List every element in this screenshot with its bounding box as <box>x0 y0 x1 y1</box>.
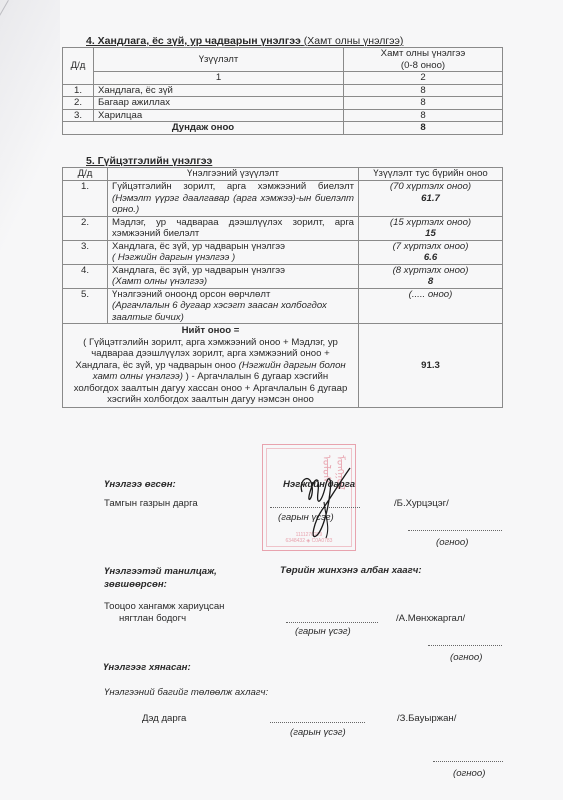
row-num: 2. <box>63 216 108 240</box>
acknowledged-date-label: (огноо) <box>450 652 482 663</box>
reviewed-date-label: (огноо) <box>453 768 485 779</box>
handwritten-signature <box>296 462 356 542</box>
row-criteria-note: (Аргачлалын 6 дугаар хэсэгт заасан холбо… <box>112 300 354 323</box>
row-criteria: Харилцаа <box>94 109 344 122</box>
row-score-cell: (..... оноо) <box>359 288 503 324</box>
section4-title-text: 4. Хандлага, ёс зүй, ур чадварын үнэлгээ <box>86 35 301 47</box>
average-score: 8 <box>344 122 503 135</box>
row-max-score: (70 хүртэлх оноо) <box>363 181 498 193</box>
row-criteria: Мэдлэг, ур чадвараа дээшлүүлэх зорилт, а… <box>108 216 359 240</box>
total-formula-cell: Нийт оноо = ( Гүйцэтгэлийн зорилт, арга … <box>63 324 359 408</box>
row-num: 2. <box>63 97 94 110</box>
row-score: 6.6 <box>363 252 498 264</box>
row-criteria: Хандлага, ёс зүй <box>94 84 344 97</box>
average-label: Дундаж оноо <box>63 122 344 135</box>
given-name: /Б.Хурцэцэг/ <box>394 498 449 509</box>
acknowledged-date-line <box>428 645 502 646</box>
row-num: 1. <box>63 181 108 217</box>
row-num: 3. <box>63 109 94 122</box>
table-row: 1. Гүйцэтгэлийн зорилт, арга хэмжээний б… <box>63 181 503 217</box>
col-header-score-title: Хамт олны үнэлгээ <box>348 48 498 60</box>
reviewed-signature-line <box>270 722 365 723</box>
reviewed-team-lead: Үнэлгээний багийг төлөөлж ахлагч: <box>104 687 268 698</box>
performance-assessment-table: Д/д Үнэлгээний үзүүлэлт Үзүүлэлт тус бүр… <box>62 167 503 408</box>
col-index-score: 2 <box>344 72 503 85</box>
acknowledged-position-line2: нягтлан бодогч <box>119 613 186 624</box>
total-label: Нийт оноо = <box>71 325 350 337</box>
table-row: 2. Багаар ажиллах 8 <box>63 97 503 110</box>
row-score: 15 <box>363 228 498 240</box>
reviewed-heading: Үнэлгээг хянасан: <box>103 662 191 673</box>
col-index-criteria: 1 <box>94 72 344 85</box>
table-row: 5. Үнэлгээний оноонд орсон өөрчлөлт(Арга… <box>63 288 503 324</box>
row-score: 8 <box>363 276 498 288</box>
row-num: 1. <box>63 84 94 97</box>
row-criteria-note: (Хамт олны үнэлгээ) <box>112 276 354 288</box>
row-max-score: (15 хүртэлх оноо) <box>363 217 498 229</box>
row-criteria: Хандлага, ёс зүй, ур чадварын үнэлгээ( Н… <box>108 240 359 264</box>
row-max-score: (..... оноо) <box>363 289 498 301</box>
given-position: Тамгын газрын дарга <box>104 498 198 509</box>
table-row: 3. Хандлага, ёс зүй, ур чадварын үнэлгээ… <box>63 240 503 264</box>
table-row: 3. Харилцаа 8 <box>63 109 503 122</box>
row-num: 5. <box>63 288 108 324</box>
col-header-score: Хамт олны үнэлгээ (0-8 оноо) <box>344 48 503 72</box>
row-score-cell: (15 хүртэлх оноо) 15 <box>359 216 503 240</box>
section4-subtitle: (Хамт олны үнэлгээ) <box>304 35 404 47</box>
acknowledged-role-heading: Төрийн жинхэнэ албан хаагч: <box>280 565 422 576</box>
table-row: 2. Мэдлэг, ур чадвараа дээшлүүлэх зорилт… <box>63 216 503 240</box>
acknowledged-position-line1: Тооцоо хангамж хариуцсан <box>104 601 224 612</box>
col-header-criteria: Үзүүлэлт <box>94 48 344 72</box>
row-criteria-main: Хандлага, ёс зүй, ур чадварын үнэлгээ <box>112 241 354 253</box>
total-row: Нийт оноо = ( Гүйцэтгэлийн зорилт, арга … <box>63 324 503 408</box>
reviewed-sign-label: (гарын үсэг) <box>290 727 346 738</box>
col-header-num: Д/д <box>63 48 94 85</box>
page-fold-shadow <box>0 0 60 300</box>
section5-title: 5. Гүйцэтгэлийн үнэлгээ <box>86 155 212 167</box>
given-heading: Үнэлгээ өгсөн: <box>104 479 176 490</box>
reviewed-position: Дэд дарга <box>142 713 186 724</box>
col-header-score-range: (0-8 оноо) <box>348 60 498 72</box>
given-date-line <box>408 530 502 531</box>
row-criteria: Багаар ажиллах <box>94 97 344 110</box>
row-criteria: Хандлага, ёс зүй, ур чадварын үнэлгээ(Ха… <box>108 264 359 288</box>
row-criteria-main: Хандлага, ёс зүй, ур чадварын үнэлгээ <box>112 265 354 277</box>
reviewed-name: /З.Бауыржан/ <box>397 713 456 724</box>
row-criteria-main: Үнэлгээний оноонд орсон өөрчлөлт <box>112 289 354 301</box>
table-row: 4. Хандлага, ёс зүй, ур чадварын үнэлгээ… <box>63 264 503 288</box>
total-score: 91.3 <box>359 324 503 408</box>
row-criteria: Гүйцэтгэлийн зорилт, арга хэмжээний биел… <box>108 181 359 217</box>
row-score-cell: (70 хүртэлх оноо) 61.7 <box>359 181 503 217</box>
row-score-cell: (8 хүртэлх оноо) 8 <box>359 264 503 288</box>
given-date-label: (огноо) <box>436 537 468 548</box>
col-header-score: Үзүүлэлт тус бүрийн оноо <box>359 168 503 181</box>
row-criteria-main: Гүйцэтгэлийн зорилт, арга хэмжээний биел… <box>112 181 354 192</box>
row-criteria-note: ( Нэгжийн даргын үнэлгээ ) <box>112 252 354 264</box>
row-score: 8 <box>344 109 503 122</box>
row-score-cell: (7 хүртэлх оноо) 6.6 <box>359 240 503 264</box>
row-max-score: (7 хүртэлх оноо) <box>363 241 498 253</box>
col-header-criteria: Үнэлгээний үзүүлэлт <box>108 168 359 181</box>
row-num: 3. <box>63 240 108 264</box>
acknowledged-heading: Үнэлгээтэй танилцаж, зөвшөөрсөн: <box>104 565 244 591</box>
acknowledged-name: /А.Мөнхжаргал/ <box>396 613 465 624</box>
acknowledged-sign-label: (гарын үсэг) <box>295 626 351 637</box>
table-row: 1. Хандлага, ёс зүй 8 <box>63 84 503 97</box>
row-score: 8 <box>344 84 503 97</box>
row-score: 8 <box>344 97 503 110</box>
row-criteria-note: (Нэмэлт үүрэг даалгавар (арга хэмжээ)-ын… <box>112 193 354 216</box>
row-score: 61.7 <box>363 193 498 205</box>
col-header-num: Д/д <box>63 168 108 181</box>
reviewed-date-line <box>433 761 503 762</box>
acknowledged-signature-line <box>286 622 378 623</box>
team-assessment-table: Д/д Үзүүлэлт Хамт олны үнэлгээ (0-8 оноо… <box>62 47 503 135</box>
row-num: 4. <box>63 264 108 288</box>
section4-title: 4. Хандлага, ёс зүй, ур чадварын үнэлгээ… <box>86 35 403 47</box>
row-criteria: Үнэлгээний оноонд орсон өөрчлөлт(Аргачла… <box>108 288 359 324</box>
average-row: Дундаж оноо 8 <box>63 122 503 135</box>
row-max-score: (8 хүртэлх оноо) <box>363 265 498 277</box>
row-criteria-main: Мэдлэг, ур чадвараа дээшлүүлэх зорилт, а… <box>112 217 354 240</box>
